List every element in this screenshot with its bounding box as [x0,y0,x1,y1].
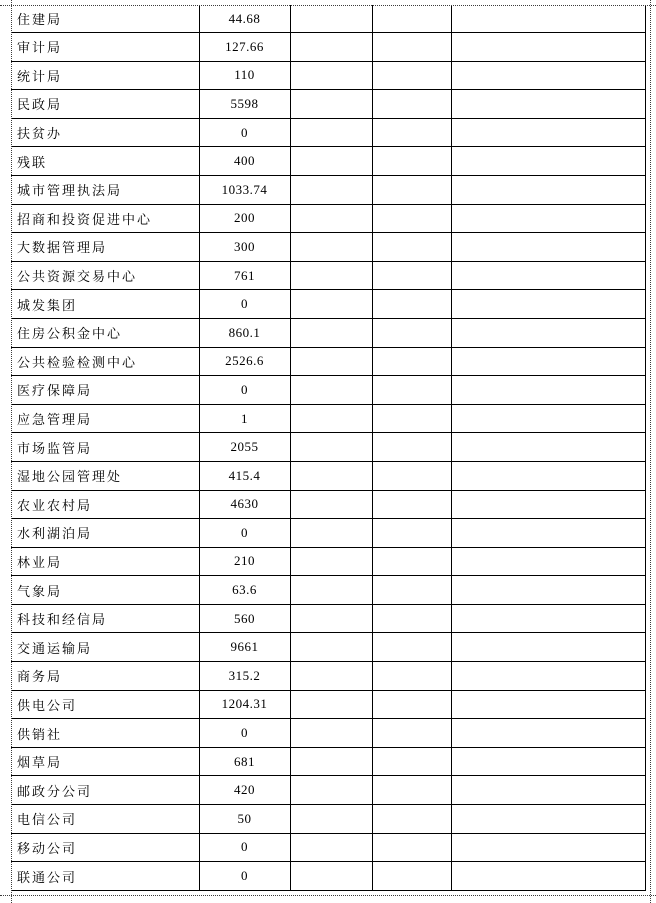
table-row: 供电公司1204.31 [11,690,645,719]
empty-cell[interactable] [290,318,372,347]
empty-cell[interactable] [372,519,451,548]
table-row: 供销社0 [11,719,645,748]
department-cell[interactable]: 商务局 [11,662,199,691]
empty-cell[interactable] [451,833,645,862]
amount-cell[interactable]: 2055 [199,433,290,462]
department-cell[interactable]: 公共资源交易中心 [11,261,199,290]
amount-cell[interactable]: 5598 [199,90,290,119]
department-cell[interactable]: 残联 [11,147,199,176]
department-cell[interactable]: 供销社 [11,719,199,748]
amount-cell[interactable]: 210 [199,547,290,576]
empty-cell[interactable] [451,147,645,176]
amount-cell[interactable]: 300 [199,233,290,262]
table-row: 大数据管理局300 [11,233,645,262]
department-cell[interactable]: 气象局 [11,576,199,605]
department-cell[interactable]: 招商和投资促进中心 [11,204,199,233]
department-cell[interactable]: 农业农村局 [11,490,199,519]
empty-cell[interactable] [372,33,451,62]
table-row: 民政局5598 [11,90,645,119]
amount-cell[interactable]: 50 [199,805,290,834]
table-row: 林业局210 [11,547,645,576]
table-row: 城市管理执法局1033.74 [11,175,645,204]
empty-cell[interactable] [372,147,451,176]
table-row: 科技和经信局560 [11,604,645,633]
empty-cell[interactable] [451,90,645,119]
table-row: 住建局44.68 [11,5,645,33]
table-row: 统计局110 [11,61,645,90]
amount-cell[interactable]: 1 [199,404,290,433]
empty-cell[interactable] [451,662,645,691]
department-cell[interactable]: 湿地公园管理处 [11,461,199,490]
empty-cell[interactable] [372,662,451,691]
empty-cell[interactable] [451,576,645,605]
department-cell[interactable]: 应急管理局 [11,404,199,433]
department-cell[interactable]: 电信公司 [11,805,199,834]
table-row: 应急管理局1 [11,404,645,433]
table-row: 医疗保障局0 [11,376,645,405]
empty-cell[interactable] [451,5,645,33]
amount-cell[interactable]: 1204.31 [199,690,290,719]
amount-cell[interactable]: 315.2 [199,662,290,691]
empty-cell[interactable] [372,604,451,633]
department-cell[interactable]: 扶贫办 [11,118,199,147]
empty-cell[interactable] [372,61,451,90]
empty-cell[interactable] [372,547,451,576]
table-row: 市场监管局2055 [11,433,645,462]
empty-cell[interactable] [372,175,451,204]
empty-cell[interactable] [372,490,451,519]
table-row: 住房公积金中心860.1 [11,318,645,347]
empty-cell[interactable] [290,204,372,233]
amount-cell[interactable]: 4630 [199,490,290,519]
empty-cell[interactable] [290,862,372,891]
empty-cell[interactable] [372,461,451,490]
empty-cell[interactable] [372,776,451,805]
department-cell[interactable]: 医疗保障局 [11,376,199,405]
table-row: 气象局63.6 [11,576,645,605]
empty-cell[interactable] [290,547,372,576]
table-row: 审计局127.66 [11,33,645,62]
empty-cell[interactable] [372,118,451,147]
empty-cell[interactable] [290,433,372,462]
amount-cell[interactable]: 0 [199,290,290,319]
amount-cell[interactable]: 560 [199,604,290,633]
department-cell[interactable]: 城发集团 [11,290,199,319]
empty-cell[interactable] [290,490,372,519]
empty-cell[interactable] [451,633,645,662]
amount-cell[interactable]: 681 [199,747,290,776]
table-row: 招商和投资促进中心200 [11,204,645,233]
empty-cell[interactable] [451,776,645,805]
empty-cell[interactable] [451,862,645,891]
empty-cell[interactable] [290,5,372,33]
empty-cell[interactable] [451,490,645,519]
department-cell[interactable]: 住房公积金中心 [11,318,199,347]
department-cell[interactable]: 审计局 [11,33,199,62]
empty-cell[interactable] [290,118,372,147]
amount-cell[interactable]: 0 [199,862,290,891]
empty-cell[interactable] [451,175,645,204]
empty-cell[interactable] [451,805,645,834]
empty-cell[interactable] [290,662,372,691]
empty-cell[interactable] [372,318,451,347]
amount-cell[interactable]: 200 [199,204,290,233]
empty-cell[interactable] [451,204,645,233]
text-boundary-left [11,0,12,903]
document-page: 住建局44.68审计局127.66统计局110民政局5598扶贫办0残联400城… [0,0,656,903]
table-row: 移动公司0 [11,833,645,862]
table-row: 水利湖泊局0 [11,519,645,548]
empty-cell[interactable] [290,633,372,662]
empty-cell[interactable] [290,747,372,776]
empty-cell[interactable] [290,805,372,834]
department-cell[interactable]: 林业局 [11,547,199,576]
department-cell[interactable]: 民政局 [11,90,199,119]
table-row: 烟草局681 [11,747,645,776]
empty-cell[interactable] [451,519,645,548]
department-cell[interactable]: 交通运输局 [11,633,199,662]
text-boundary-bottom [0,895,656,896]
empty-cell[interactable] [372,5,451,33]
amount-cell[interactable]: 44.68 [199,5,290,33]
amount-cell[interactable]: 860.1 [199,318,290,347]
budget-table: 住建局44.68审计局127.66统计局110民政局5598扶贫办0残联400城… [11,5,646,891]
empty-cell[interactable] [451,290,645,319]
department-cell[interactable]: 水利湖泊局 [11,519,199,548]
empty-cell[interactable] [290,347,372,376]
table-row: 公共检验检测中心2526.6 [11,347,645,376]
department-cell[interactable]: 住建局 [11,5,199,33]
empty-cell[interactable] [451,433,645,462]
amount-cell[interactable]: 1033.74 [199,175,290,204]
table-row: 扶贫办0 [11,118,645,147]
amount-cell[interactable]: 9661 [199,633,290,662]
table-row: 交通运输局9661 [11,633,645,662]
amount-cell[interactable]: 110 [199,61,290,90]
department-cell[interactable]: 供电公司 [11,690,199,719]
empty-cell[interactable] [451,376,645,405]
empty-cell[interactable] [290,690,372,719]
empty-cell[interactable] [290,90,372,119]
empty-cell[interactable] [290,719,372,748]
empty-cell[interactable] [372,290,451,319]
empty-cell[interactable] [451,118,645,147]
empty-cell[interactable] [451,747,645,776]
empty-cell[interactable] [451,61,645,90]
empty-cell[interactable] [290,576,372,605]
empty-cell[interactable] [290,404,372,433]
empty-cell[interactable] [290,519,372,548]
text-boundary-top [0,5,656,6]
table-row: 电信公司50 [11,805,645,834]
amount-cell[interactable]: 0 [199,376,290,405]
empty-cell[interactable] [372,233,451,262]
empty-cell[interactable] [372,347,451,376]
amount-cell[interactable]: 420 [199,776,290,805]
amount-cell[interactable]: 400 [199,147,290,176]
empty-cell[interactable] [451,404,645,433]
table-row: 商务局315.2 [11,662,645,691]
amount-cell[interactable]: 0 [199,719,290,748]
amount-cell[interactable]: 761 [199,261,290,290]
department-cell[interactable]: 统计局 [11,61,199,90]
empty-cell[interactable] [372,204,451,233]
text-boundary-right [650,0,651,903]
empty-cell[interactable] [451,347,645,376]
empty-cell[interactable] [372,433,451,462]
empty-cell[interactable] [290,461,372,490]
table-row: 联通公司0 [11,862,645,891]
empty-cell[interactable] [451,461,645,490]
empty-cell[interactable] [451,318,645,347]
table-row: 湿地公园管理处415.4 [11,461,645,490]
amount-cell[interactable]: 415.4 [199,461,290,490]
empty-cell[interactable] [290,61,372,90]
amount-cell[interactable]: 0 [199,118,290,147]
budget-table-body: 住建局44.68审计局127.66统计局110民政局5598扶贫办0残联400城… [11,5,645,891]
table-row: 公共资源交易中心761 [11,261,645,290]
empty-cell[interactable] [372,404,451,433]
table-row: 城发集团0 [11,290,645,319]
empty-cell[interactable] [290,175,372,204]
empty-cell[interactable] [372,833,451,862]
empty-cell[interactable] [372,747,451,776]
empty-cell[interactable] [372,805,451,834]
department-cell[interactable]: 城市管理执法局 [11,175,199,204]
department-cell[interactable]: 烟草局 [11,747,199,776]
empty-cell[interactable] [290,833,372,862]
empty-cell[interactable] [372,376,451,405]
empty-cell[interactable] [372,690,451,719]
department-cell[interactable]: 移动公司 [11,833,199,862]
empty-cell[interactable] [372,719,451,748]
empty-cell[interactable] [451,690,645,719]
table-row: 邮政分公司420 [11,776,645,805]
department-cell[interactable]: 大数据管理局 [11,233,199,262]
empty-cell[interactable] [290,233,372,262]
empty-cell[interactable] [451,604,645,633]
department-cell[interactable]: 市场监管局 [11,433,199,462]
amount-cell[interactable]: 0 [199,519,290,548]
empty-cell[interactable] [372,261,451,290]
table-row: 残联400 [11,147,645,176]
empty-cell[interactable] [451,33,645,62]
amount-cell[interactable]: 2526.6 [199,347,290,376]
empty-cell[interactable] [290,33,372,62]
amount-cell[interactable]: 0 [199,833,290,862]
empty-cell[interactable] [372,90,451,119]
empty-cell[interactable] [372,862,451,891]
empty-cell[interactable] [290,376,372,405]
empty-cell[interactable] [290,776,372,805]
amount-cell[interactable]: 63.6 [199,576,290,605]
department-cell[interactable]: 科技和经信局 [11,604,199,633]
empty-cell[interactable] [451,261,645,290]
empty-cell[interactable] [290,147,372,176]
empty-cell[interactable] [451,547,645,576]
empty-cell[interactable] [372,576,451,605]
empty-cell[interactable] [290,261,372,290]
empty-cell[interactable] [451,719,645,748]
department-cell[interactable]: 联通公司 [11,862,199,891]
empty-cell[interactable] [451,233,645,262]
empty-cell[interactable] [372,633,451,662]
empty-cell[interactable] [290,604,372,633]
department-cell[interactable]: 邮政分公司 [11,776,199,805]
amount-cell[interactable]: 127.66 [199,33,290,62]
empty-cell[interactable] [290,290,372,319]
table-row: 农业农村局4630 [11,490,645,519]
department-cell[interactable]: 公共检验检测中心 [11,347,199,376]
